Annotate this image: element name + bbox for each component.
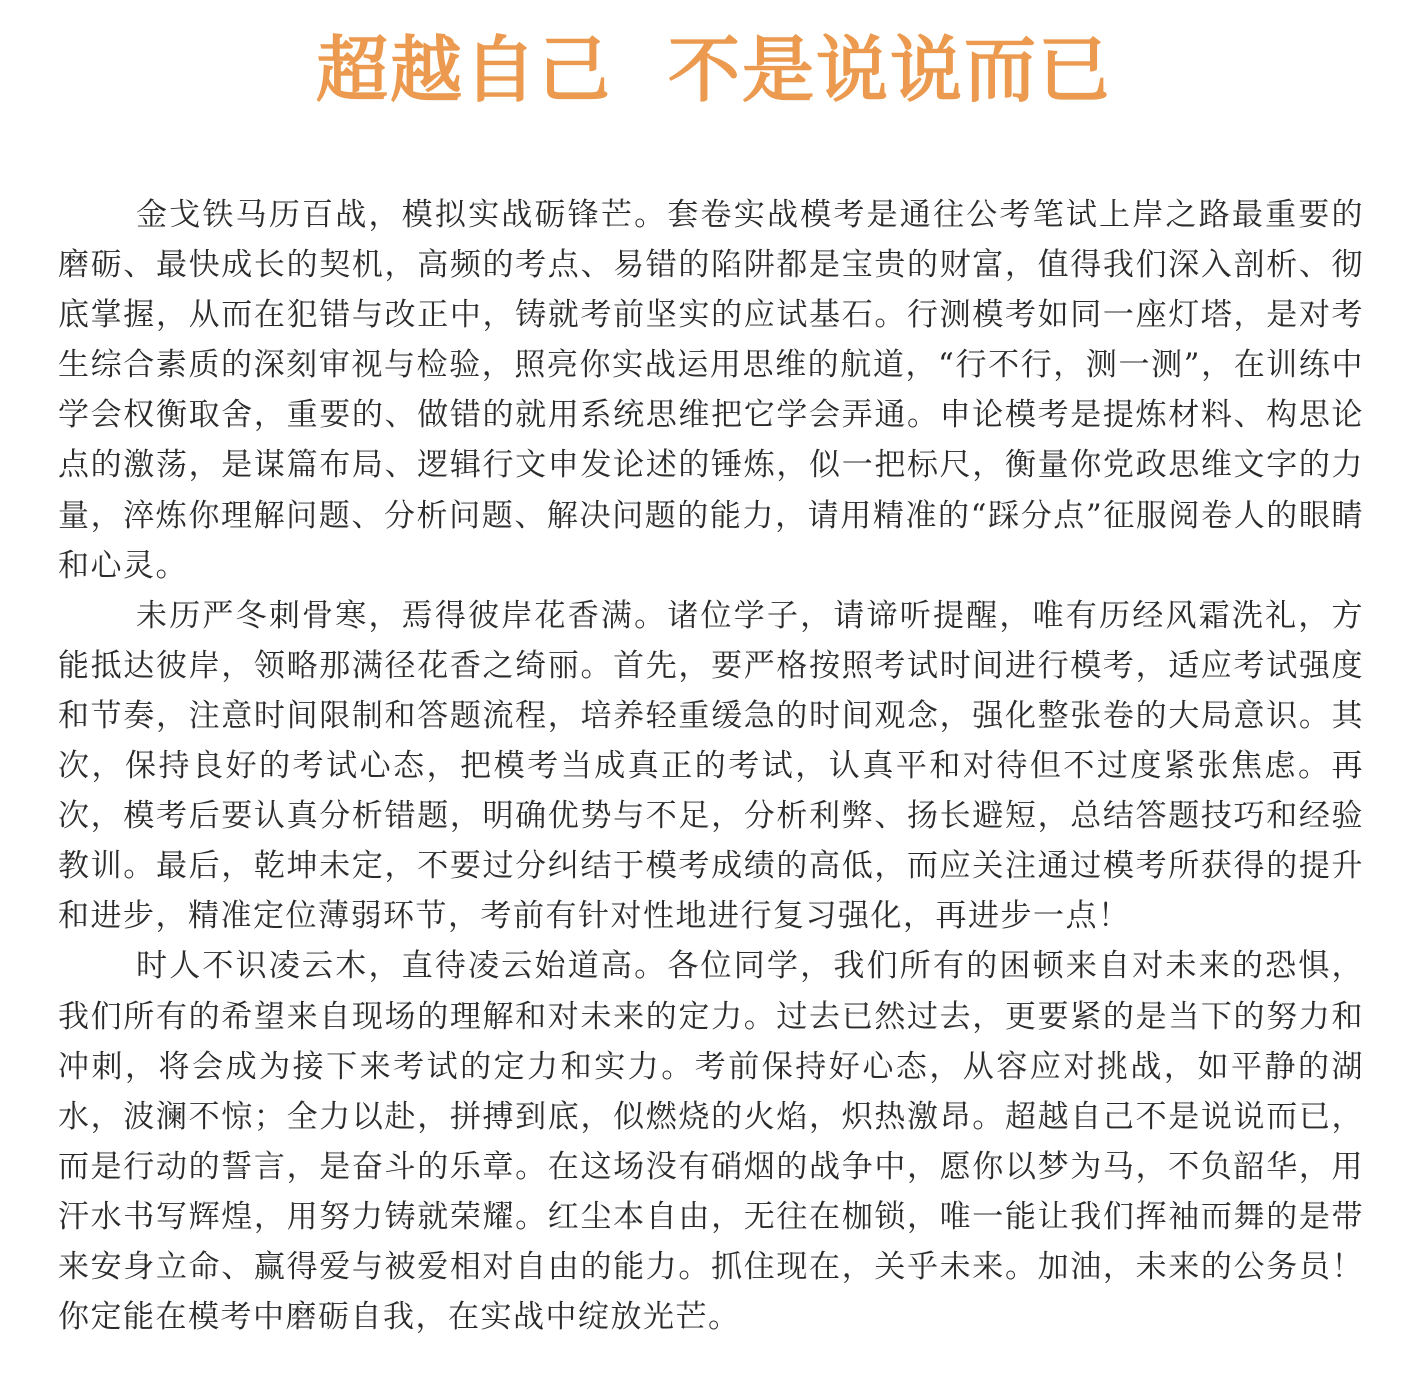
paragraph-2: 未历严冬刺骨寒，焉得彼岸花香满。诸位学子，请谛听提醒，唯有历经风霜洗礼，方能抵达… [58, 591, 1364, 942]
paragraph-1: 金戈铁马历百战，模拟实战砺锋芒。套卷实战模考是通往公考笔试上岸之路最重要的磨砺、… [58, 190, 1364, 591]
title-left: 超越自己 [316, 28, 612, 112]
title-right: 不是说说而已 [668, 28, 1112, 112]
article-body: 金戈铁马历百战，模拟实战砺锋芒。套卷实战模考是通往公考笔试上岸之路最重要的磨砺、… [58, 190, 1364, 1342]
paragraph-3: 时人不识凌云木，直待凌云始道高。各位同学，我们所有的困顿来自对未来的恐惧，我们所… [58, 941, 1364, 1342]
page-title: 超越自己不是说说而已 [0, 28, 1428, 112]
